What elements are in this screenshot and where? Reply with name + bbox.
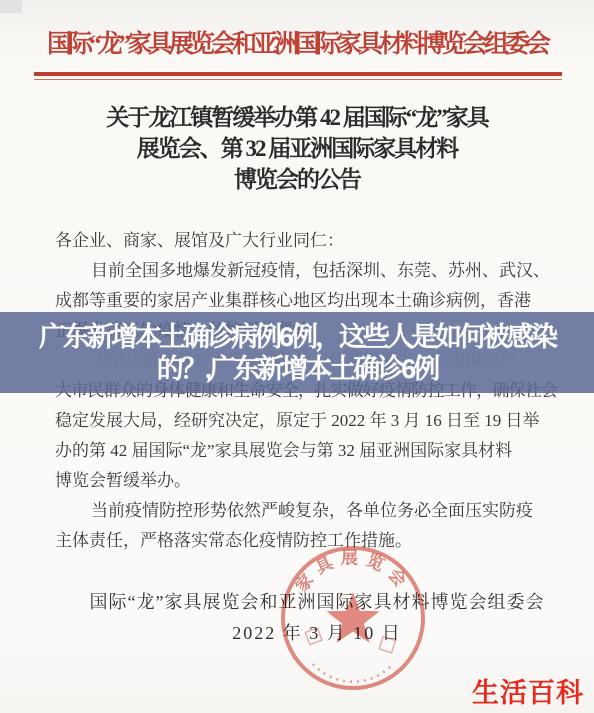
body-line: 目前全国多地爆发新冠疫情，包括深圳、东莞、苏州、武汉、 bbox=[55, 256, 549, 286]
body-line: 稳定发展大局，经研究决定，原定于 2022 年 3 月 16 日至 19 日举 bbox=[55, 406, 549, 436]
official-seal-stamp-icon: 家具展览会 bbox=[277, 542, 429, 694]
body-salutation: 各企业、商家、展馆及广大行业同仁： bbox=[55, 226, 549, 256]
news-headline-overlay: 广东新增本土确诊病例6例，这些人是如何被感染 的？,广东新增本土确诊6例 bbox=[0, 312, 594, 393]
document-title-line-3: 博览会的公告 bbox=[0, 164, 594, 195]
document-title: 关于龙江镇暂缓举办第 42 届国际“龙”家具 展览会、第 32 届亚洲国际家具材… bbox=[0, 102, 594, 195]
document-title-line-1: 关于龙江镇暂缓举办第 42 届国际“龙”家具 bbox=[0, 102, 594, 133]
announcement-photo: 国际“龙”家具展览会和亚洲国际家具材料博览会组委会 关于龙江镇暂缓举办第 42 … bbox=[0, 0, 594, 713]
news-headline-line-1: 广东新增本土确诊病例6例，这些人是如何被感染 bbox=[39, 322, 555, 352]
photo-corner-artifact bbox=[0, 0, 22, 13]
body-line: 当前疫情防控形势依然严峻复杂，各单位务必全面压实防疫 bbox=[55, 496, 549, 526]
seal-star-icon bbox=[326, 592, 379, 643]
letterhead-divider bbox=[34, 72, 562, 80]
body-line: 办的第 42 届国际“龙”家具展览会与第 32 届亚洲国际家具材料 bbox=[55, 436, 549, 466]
document-title-line-2: 展览会、第 32 届亚洲国际家具材料 bbox=[0, 133, 594, 164]
letterhead-org-name: 国际“龙”家具展览会和亚洲国际家具材料博览会组委会 bbox=[0, 24, 594, 60]
svg-text:家具展览会: 家具展览会 bbox=[291, 549, 415, 596]
body-line: 博览会暂缓举办。 bbox=[55, 466, 549, 496]
site-watermark: 生活百科 bbox=[472, 671, 584, 710]
news-headline-line-2: 的？,广东新增本土确诊6例 bbox=[157, 354, 438, 384]
